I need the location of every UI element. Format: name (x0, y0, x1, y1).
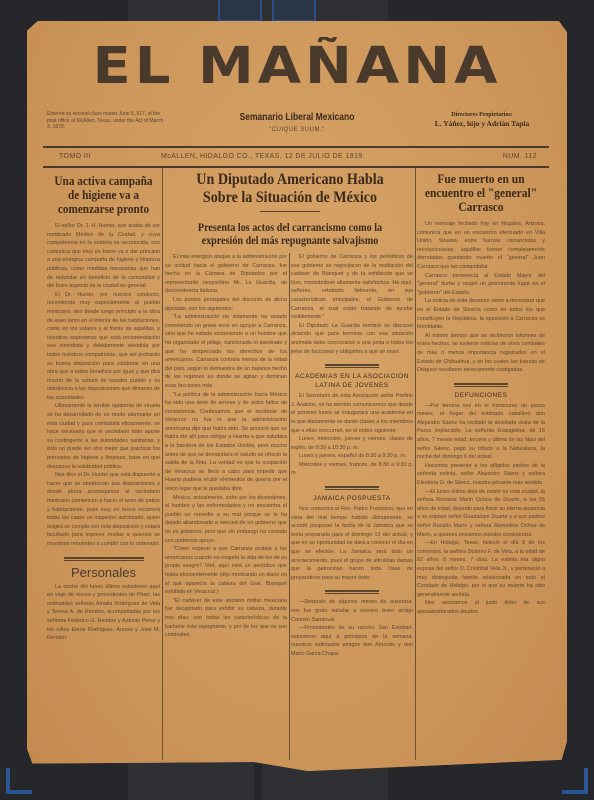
place-date: McALLEN, HIDALGO CO., TEXAS, 12 DE JULIO… (161, 153, 365, 160)
newspaper-motto: "CUIQUE SUUM." (217, 127, 377, 133)
paragraph: Un mensaje fechado hoy en Nogales, Arizo… (417, 220, 545, 272)
newspaper-subtitle: Semanario Liberal Mexicano (229, 112, 365, 123)
dateline-rule (43, 166, 549, 168)
article-headline-diputado: Un Diputado Americano Habla Sobre la Sit… (180, 171, 400, 207)
column-divider (415, 168, 416, 760)
article-headline-carrasco: Fue muerto en un encuentro el "general" … (422, 172, 540, 214)
paragraph: La noticia de este desastre viene a demo… (417, 297, 545, 331)
section-rule (325, 590, 379, 594)
newspaper-title: EL MAÑANA (27, 42, 567, 92)
column-divider (162, 168, 163, 760)
paragraph: Lunes, miércoles, jueves y viernes, clas… (291, 435, 413, 452)
paragraph: Al mismo tiempo que se recibieron inform… (417, 332, 545, 375)
paragraph: —Procedentes de su rancho San Esteban, e… (291, 624, 413, 658)
background-tab (272, 0, 316, 22)
headline-rule (260, 211, 320, 212)
paragraph: La noche del lunes último estuvieron aqu… (47, 583, 160, 643)
paragraph: —Después de algunos meses de ausencia, n… (291, 598, 413, 624)
paragraph: —En Hidalgo, Texas, falleció el día 9 de… (417, 539, 545, 599)
volume-label: TOMO III (59, 153, 91, 160)
frame-corner-marker (562, 768, 588, 794)
section-rule (325, 364, 379, 368)
paragraph: Miércoles y viernes, francés, de 8:30 a … (291, 461, 413, 478)
newspaper-page: EL MAÑANA Entered as second-class matter… (27, 21, 567, 771)
section-rule (325, 486, 379, 490)
postal-notice: Entered as second-class matter June 5, 9… (47, 111, 167, 131)
paragraph: Lunes y jueves, español de 8:30 a 9:30 p… (291, 452, 413, 461)
column-3: El gobierno de Carranza y los periódicos… (291, 253, 413, 763)
issue-number: NUM. 112 (503, 153, 537, 160)
article-headline-personales: Personales (47, 565, 160, 581)
section-rule (64, 557, 144, 561)
paragraph: "El cadáver de este anciano militar mexi… (165, 597, 287, 640)
paragraph: El Diputado La Guardia terminó su discur… (291, 322, 413, 356)
paragraph: El Secretario de esta Asociación señor P… (291, 392, 413, 435)
column-4: Fue muerto en un encuentro el "general" … (417, 170, 545, 760)
masthead-rule (43, 146, 549, 148)
paragraph: Nos comunica el Rev. Padre Francisco, qu… (291, 505, 413, 582)
paragraph: Ultimamente la terrible epidemia de viru… (47, 402, 160, 471)
paragraph: —El lunes último dejó de existir en esta… (417, 488, 545, 540)
frame-corner-marker (6, 768, 32, 794)
article-headline-hygiene: Una activa campaña de higiene va a comen… (53, 174, 155, 216)
directors-block: Directores Propietarios: L. Yáñez, hijo … (417, 112, 547, 128)
paragraph: El Dr. Hunter, por nuestro conducto, rec… (47, 291, 160, 403)
paragraph: Hacemos presente a los afligidos padres … (417, 462, 545, 488)
dateline: TOMO III McALLEN, HIDALGO CO., TEXAS, 12… (57, 153, 537, 163)
column-divider (289, 253, 290, 760)
article-subheadline-diputado: Presenta los actos del carrancismo como … (180, 222, 400, 248)
main-headline-block: Un Diputado Americano Habla Sobre la Sit… (165, 171, 415, 248)
paragraph: El más enérgico ataque a la administraci… (165, 253, 287, 296)
masthead: EL MAÑANA (27, 39, 567, 95)
article-body-hygiene: El señor Dr. J. H. Hunter, que acaba de … (47, 222, 160, 549)
paragraph: El gobierno de Carranza y los periódicos… (291, 253, 413, 322)
column-1: Una activa campaña de higiene va a comen… (47, 170, 160, 760)
directors-label: Directores Propietarios: (417, 112, 547, 118)
paragraph: "La política de la administración hacia … (165, 391, 287, 494)
paragraph: El señor Dr. J. H. Hunter, que acaba de … (47, 222, 160, 291)
background-tab (218, 0, 262, 22)
paragraph: Nos dice el Dr. Hunter que está dispuest… (47, 471, 160, 548)
section-rule (454, 383, 508, 387)
article-headline-defunciones: DEFUNCIONES (417, 391, 545, 400)
directors-names: L. Yáñez, hijo y Adrián Tapia (417, 119, 547, 128)
article-headline-jamaica: JAMAICA POSPUESTA (291, 494, 413, 503)
column-2: El más enérgico ataque a la administraci… (165, 253, 287, 763)
paragraph: —Por tercera vez en el transcurso de poc… (417, 402, 545, 462)
paragraph: Los puntos principales del discurso de d… (165, 296, 287, 313)
paragraph: México, actualmente, sufre por los desór… (165, 494, 287, 546)
article-body-personales: La noche del lunes último estuvieron aqu… (47, 583, 160, 643)
paragraph: Nos asociamos al justo dolor de sus apes… (417, 599, 545, 616)
article-headline-academias: ACADEMIAS EN LA ASOCIACION LATINA DE JOV… (291, 372, 413, 390)
paragraph: Carrasco pertenecía al Estado Mayor del … (417, 272, 545, 298)
paragraph: "La administración no solamente ha estad… (165, 313, 287, 390)
paragraph: "Cómo esperar a que Carranza proteja a l… (165, 545, 287, 597)
